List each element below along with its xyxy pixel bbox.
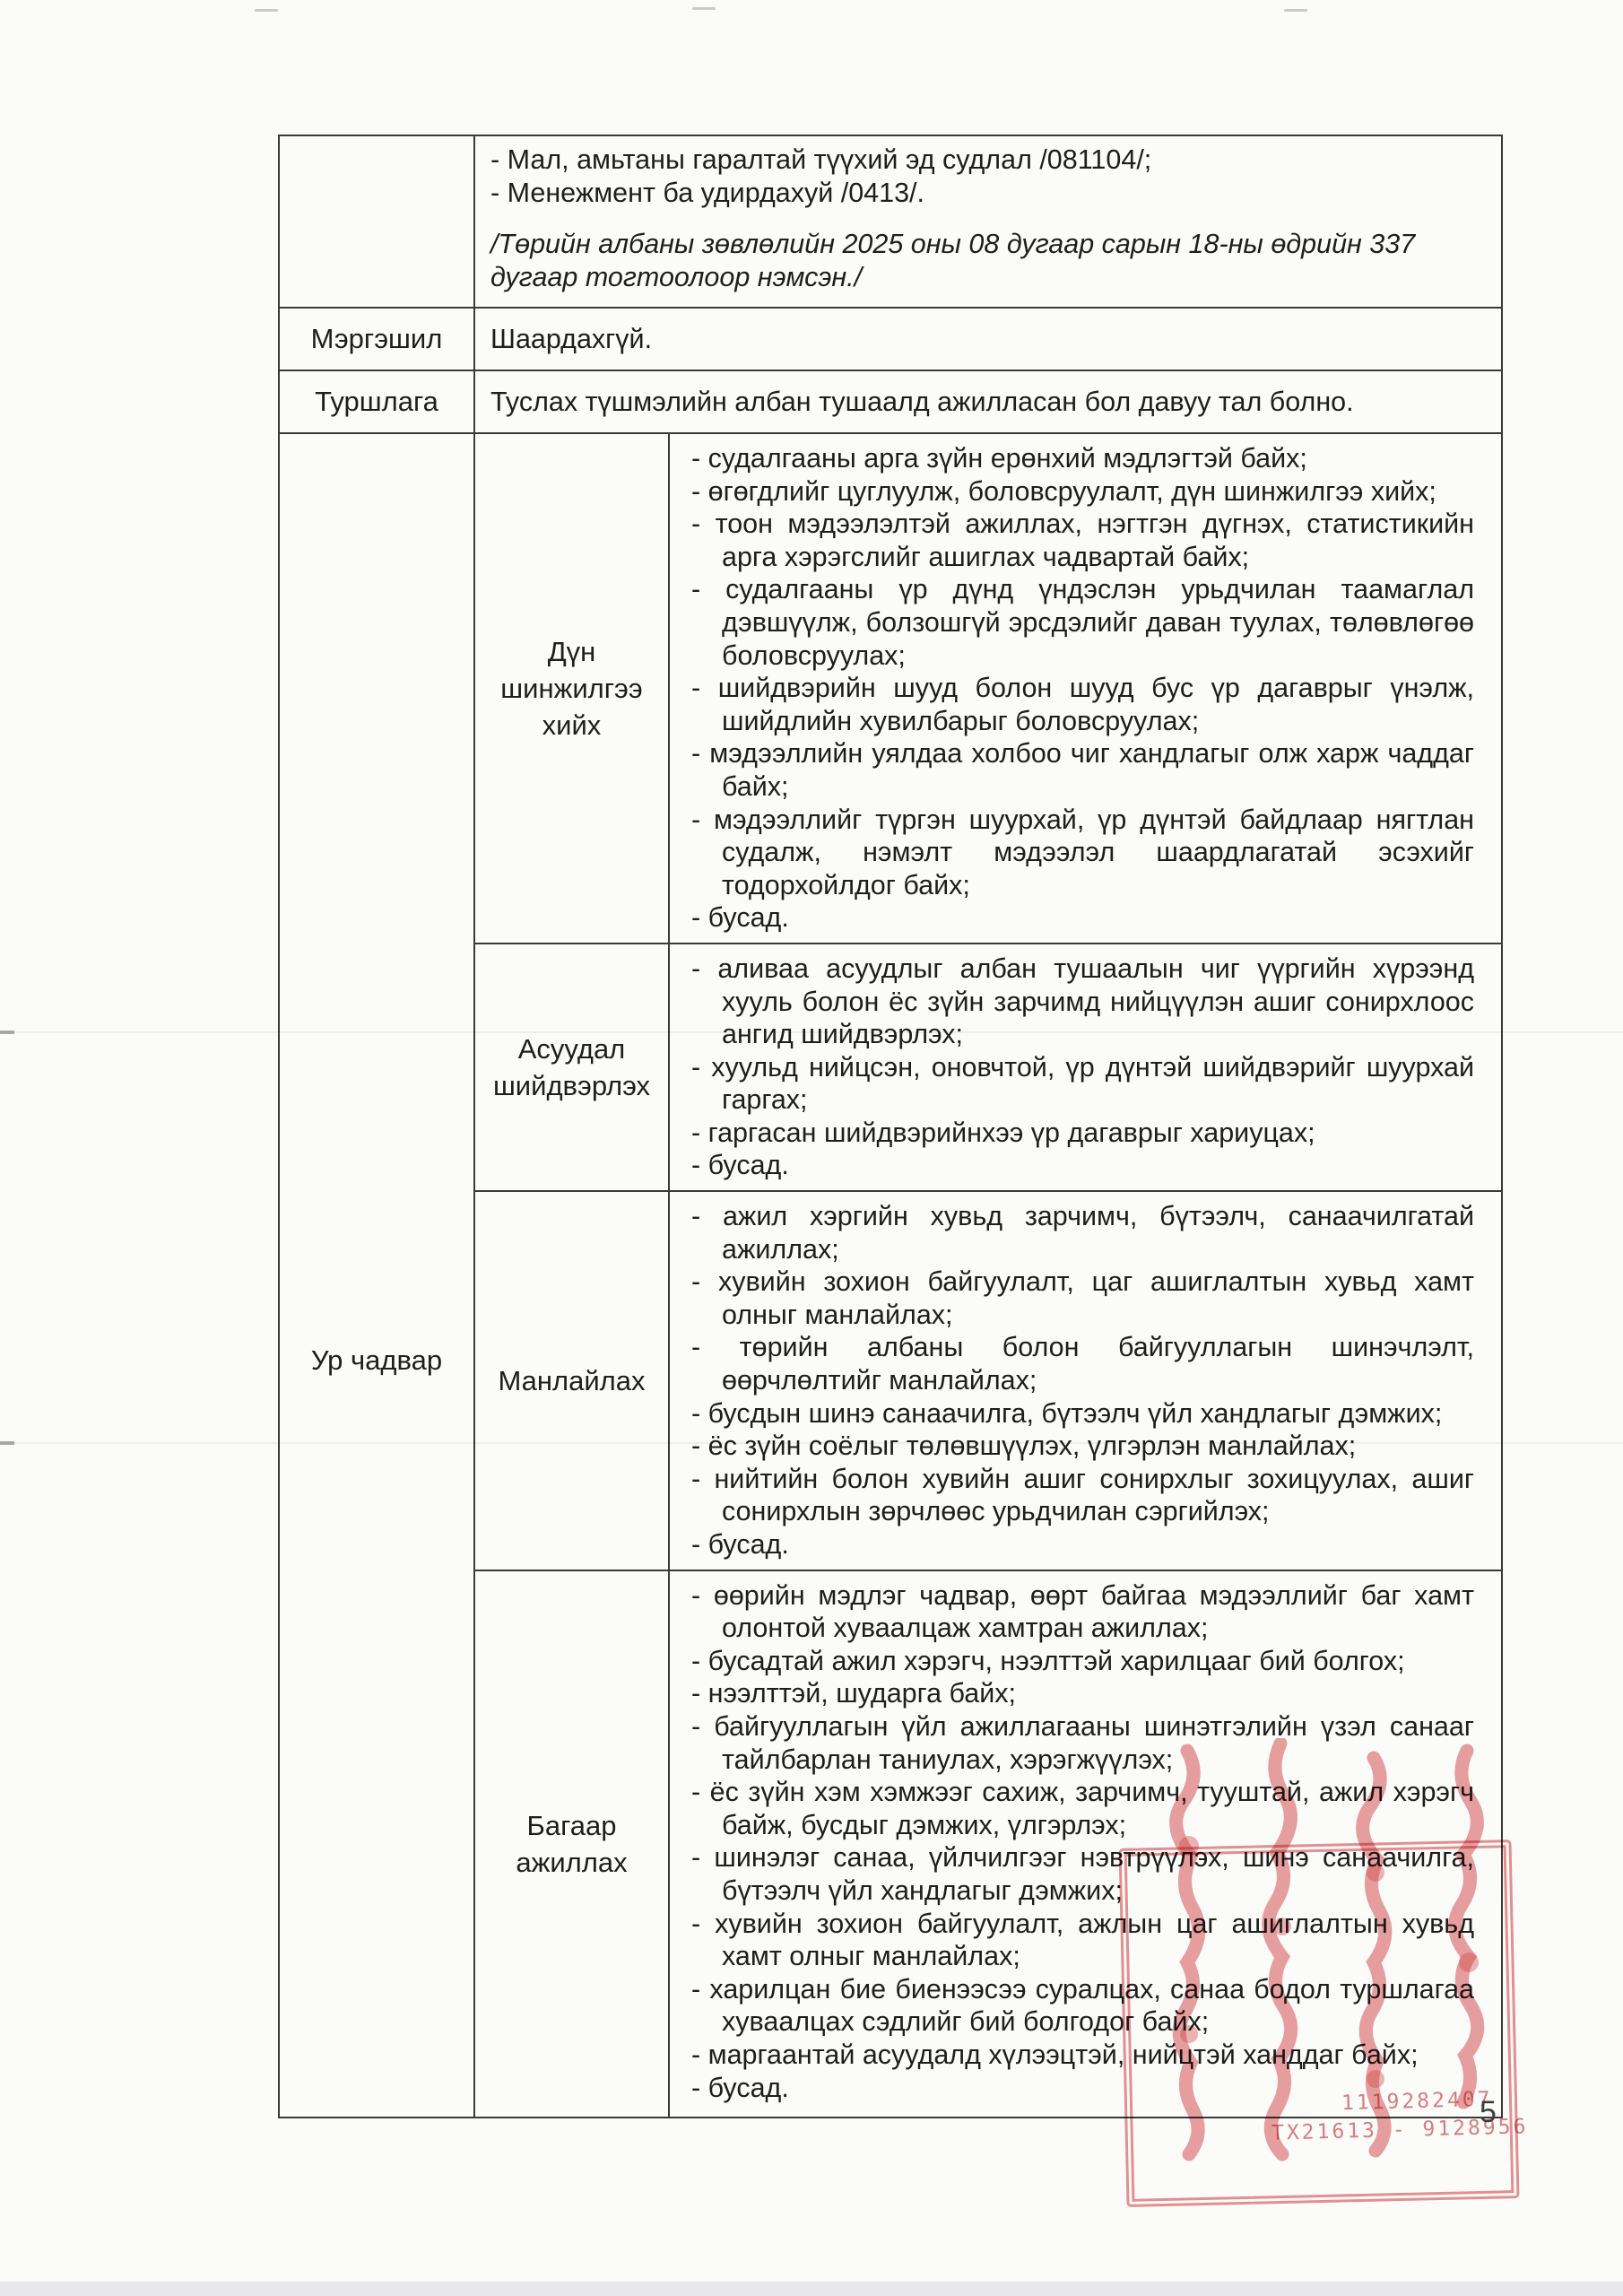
amendment-note: /Төрийн албаны зөвлөлийн 2025 оны 08 дуг… bbox=[490, 228, 1474, 294]
subrow-title: Асуудал шийдвэрлэх bbox=[475, 944, 670, 1190]
scan-speck bbox=[692, 7, 716, 10]
fold-tick bbox=[0, 1441, 14, 1445]
bullet-item: - бусад. bbox=[691, 901, 1474, 935]
row-label-empty bbox=[280, 136, 475, 307]
scanned-document-page: - Мал, амьтаны гаралтай түүхий эд судлал… bbox=[0, 0, 1623, 2296]
row-content: Шаардахгүй. bbox=[475, 309, 1501, 370]
bullet-item: - мэдээллийг түргэн шуурхай, үр дүнтэй б… bbox=[691, 804, 1474, 902]
bullet-item: - төрийн албаны болон байгууллагын шинэч… bbox=[691, 1331, 1474, 1396]
subrow-leadership: Манлайлах - ажил хэргийн хувьд зарчимч, … bbox=[475, 1192, 1501, 1571]
table-row-experience: Туршлага Туслах түшмэлийн албан тушаалд … bbox=[280, 371, 1501, 434]
row-label: Мэргэшил bbox=[280, 309, 475, 370]
scanner-edge-strip bbox=[0, 2282, 1623, 2296]
table-row-skills: Ур чадвар Дүн шинжилгээ хийх - судалгаан… bbox=[280, 434, 1501, 2117]
fold-tick bbox=[0, 1031, 14, 1034]
skills-row-label: Ур чадвар bbox=[311, 1344, 442, 1377]
bullet-item: - маргаантай асуудалд хүлээцтэй, нийцтэй… bbox=[691, 2039, 1474, 2072]
row-content-text: Туслах түшмэлийн албан тушаалд ажилласан… bbox=[490, 386, 1354, 419]
fold-line bbox=[0, 1031, 1623, 1033]
subrow-title: Багаар ажиллах bbox=[475, 1571, 670, 2117]
scan-speck bbox=[1284, 9, 1307, 12]
education-code-line: - Менежмент ба удирдахуй /0413/. bbox=[490, 177, 1474, 210]
bullet-item: - нийтийн болон хувийн ашиг сонирхлыг зо… bbox=[691, 1463, 1474, 1528]
bullet-item: - харилцан бие биенээсээ суралцах, санаа… bbox=[691, 1973, 1474, 2039]
bullet-item: - хуульд нийцсэн, оновчтой, үр дүнтэй ши… bbox=[691, 1051, 1474, 1117]
bullet-item: - байгууллагын үйл ажиллагааны шинэтгэли… bbox=[691, 1710, 1474, 1776]
bullet-item: - ёс зүйн соёлыг төлөвшүүлэх, үлгэрлэн м… bbox=[691, 1430, 1474, 1463]
skills-subrows: Дүн шинжилгээ хийх - судалгааны арга зүй… bbox=[475, 434, 1501, 2117]
bullet-item: - шинэлэг санаа, үйлчилгээг нэвтрүүлэх, … bbox=[691, 1841, 1474, 1907]
scan-speck bbox=[255, 9, 278, 12]
bullet-item: - гаргасан шийдвэрийнхээ үр дагаврыг хар… bbox=[691, 1117, 1474, 1150]
row-label: Туршлага bbox=[280, 371, 475, 432]
bullet-item: - хувийн зохион байгуулалт, цаг ашиглалт… bbox=[691, 1265, 1474, 1331]
education-code-line: - Мал, амьтаны гаралтай түүхий эд судлал… bbox=[490, 143, 1474, 177]
bullet-item: - аливаа асуудлыг албан тушаалын чиг үүр… bbox=[691, 952, 1474, 1051]
fold-line bbox=[0, 1442, 1623, 1444]
bullet-item: - ажил хэргийн хувьд зарчимч, бүтээлч, с… bbox=[691, 1200, 1474, 1265]
table-row-education-codes: - Мал, амьтаны гаралтай түүхий эд судлал… bbox=[280, 136, 1501, 309]
bullet-item: - нээлттэй, шударга байх; bbox=[691, 1677, 1474, 1710]
bullet-item: - судалгааны үр дүнд үндэслэн урьдчилан … bbox=[691, 573, 1474, 672]
subrow-title: Манлайлах bbox=[475, 1192, 670, 1570]
education-codes-cell: - Мал, амьтаны гаралтай түүхий эд судлал… bbox=[475, 136, 1501, 307]
bullet-item: - тоон мэдээлэлтэй ажиллах, нэгтгэн дүгн… bbox=[691, 508, 1474, 573]
bullet-item: - бусад. bbox=[691, 1528, 1474, 1561]
bullet-item: - өөрийн мэдлэг чадвар, өөрт байгаа мэдэ… bbox=[691, 1579, 1474, 1645]
bullet-item: - шийдвэрийн шууд болон шууд бус үр дага… bbox=[691, 672, 1474, 737]
subrow-bullets: - ажил хэргийн хувьд зарчимч, бүтээлч, с… bbox=[670, 1192, 1501, 1570]
subrow-bullets: - судалгааны арга зүйн ерөнхий мэдлэгтэй… bbox=[670, 434, 1501, 943]
subrow-analysis: Дүн шинжилгээ хийх - судалгааны арга зүй… bbox=[475, 434, 1501, 944]
bullet-item: - бусдын шинэ санаачилга, бүтээлч үйл ха… bbox=[691, 1397, 1474, 1431]
bullet-item: - бусадтай ажил хэрэгч, нээлттэй харилца… bbox=[691, 1645, 1474, 1678]
bullet-item: - хувийн зохион байгуулалт, ажлын цаг аш… bbox=[691, 1908, 1474, 1973]
requirements-table: - Мал, амьтаны гаралтай түүхий эд судлал… bbox=[278, 135, 1503, 2118]
skills-row-label-cell: Ур чадвар bbox=[280, 434, 475, 2117]
subrow-bullets: - аливаа асуудлыг албан тушаалын чиг үүр… bbox=[670, 944, 1501, 1190]
page-number: 5 bbox=[1480, 2095, 1497, 2130]
subrow-teamwork: Багаар ажиллах - өөрийн мэдлэг чадвар, ө… bbox=[475, 1571, 1501, 2117]
bullet-item: - мэдээллийн уялдаа холбоо чиг хандлагыг… bbox=[691, 737, 1474, 803]
bullet-item: - бусад. bbox=[691, 2072, 1474, 2105]
subrow-title: Дүн шинжилгээ хийх bbox=[475, 434, 670, 943]
row-content-text: Шаардахгүй. bbox=[490, 323, 652, 356]
table-row-specialization: Мэргэшил Шаардахгүй. bbox=[280, 309, 1501, 371]
bullet-item: - судалгааны арга зүйн ерөнхий мэдлэгтэй… bbox=[691, 442, 1474, 475]
bullet-item: - ёс зүйн хэм хэмжээг сахиж, зарчимч, ту… bbox=[691, 1776, 1474, 1841]
bullet-item: - өгөгдлийг цуглуулж, боловсруулалт, дүн… bbox=[691, 475, 1474, 509]
subrow-problem-solving: Асуудал шийдвэрлэх - аливаа асуудлыг алб… bbox=[475, 944, 1501, 1192]
subrow-bullets: - өөрийн мэдлэг чадвар, өөрт байгаа мэдэ… bbox=[670, 1571, 1501, 2117]
row-content: Туслах түшмэлийн албан тушаалд ажилласан… bbox=[475, 371, 1501, 432]
bullet-item: - бусад. bbox=[691, 1149, 1474, 1182]
